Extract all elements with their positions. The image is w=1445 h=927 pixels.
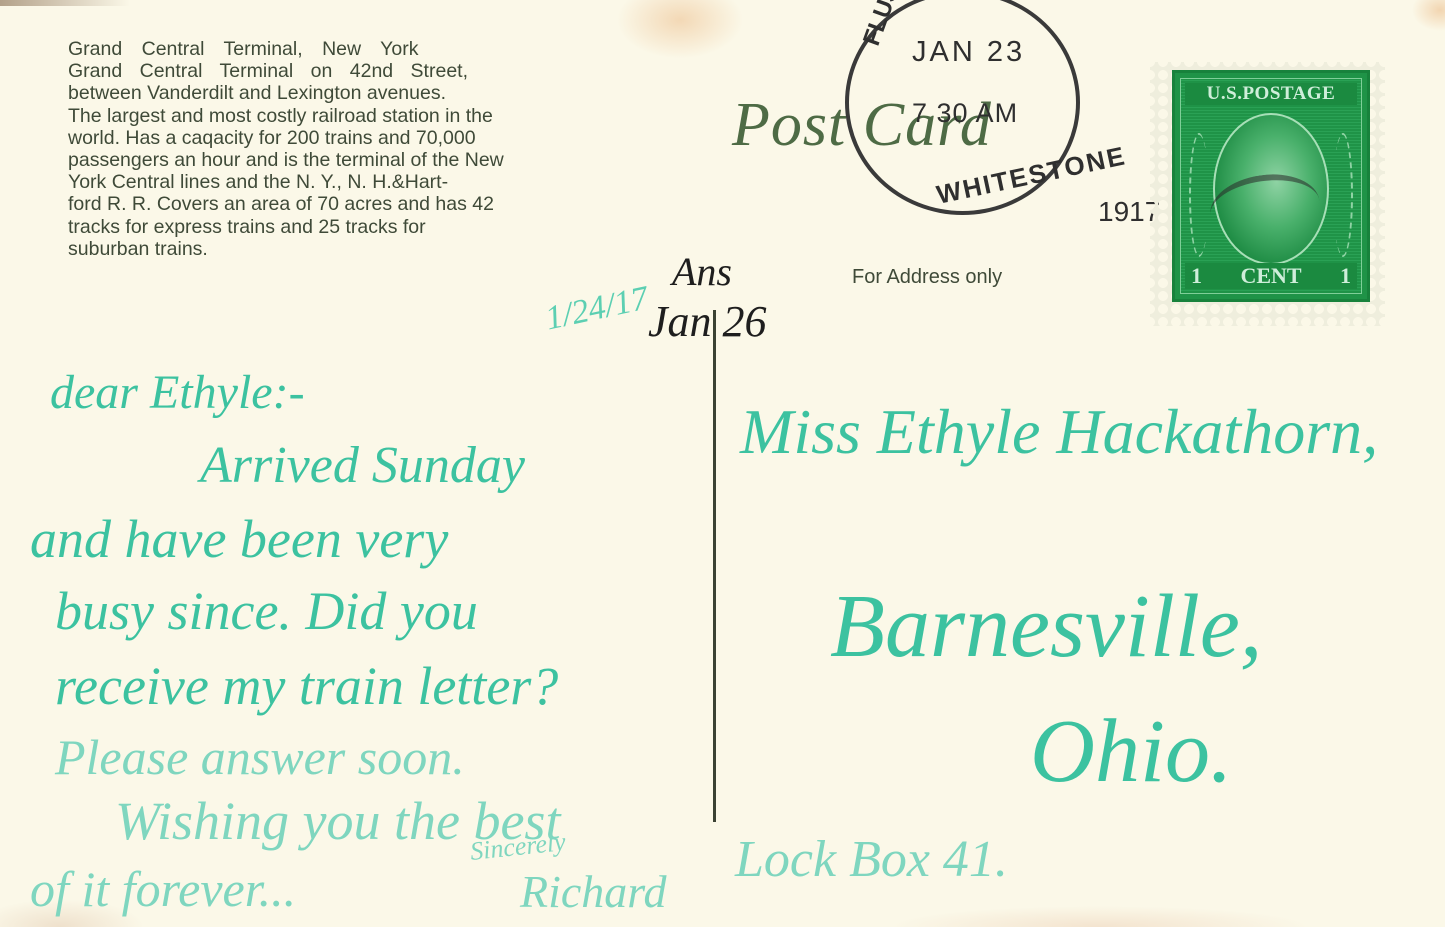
message-line: busy since. Did you [55, 580, 478, 642]
message-line: Arrived Sunday [200, 436, 525, 495]
recipient-box: Lock Box 41. [735, 830, 1008, 889]
description-line: The largest and most costly railroad sta… [68, 105, 678, 127]
denomination-left: 1 [1191, 263, 1202, 289]
stamp-denomination: 1 CENT 1 [1185, 263, 1357, 289]
worn-edge [0, 0, 130, 6]
center-divider [713, 310, 716, 822]
message-line: receive my train letter? [55, 655, 558, 717]
message-line: of it forever... [30, 860, 296, 918]
denomination-right: 1 [1340, 263, 1351, 289]
printed-description: Grand Central Terminal, New York Grand C… [68, 38, 678, 260]
received-date-note: 1/24/17 [542, 280, 652, 339]
description-line: York Central lines and the N. Y., N. H.&… [68, 171, 678, 193]
recipient-city: Barnesville, [830, 575, 1262, 678]
message-signature: Richard [520, 865, 667, 918]
message-line: and have been very [30, 508, 448, 570]
description-line: ford R. R. Covers an area of 70 acres an… [68, 193, 678, 215]
message-line: Please answer soon. [55, 728, 465, 786]
answered-label: Ans [672, 248, 732, 295]
postmark-time: 7 30 AM [912, 98, 1018, 129]
description-line: Grand Central Terminal, New York [68, 38, 678, 60]
address-label: For Address only [852, 266, 1002, 289]
description-line: suburban trains. [68, 238, 678, 260]
stamp-header: U.S.POSTAGE [1185, 83, 1357, 105]
postmark-date: JAN 23 [912, 36, 1025, 69]
message-line: dear Ethyle:- [50, 365, 305, 420]
laurel-left-icon [1189, 133, 1209, 257]
description-line: tracks for express trains and 25 tracks … [68, 216, 678, 238]
denomination-text: CENT [1240, 263, 1301, 289]
answered-date: Jan 26 [648, 296, 767, 347]
postcard-back: Grand Central Terminal, New York Grand C… [0, 0, 1445, 927]
description-line: passengers an hour and is the terminal o… [68, 149, 678, 171]
laurel-right-icon [1333, 133, 1353, 257]
description-line: between Vanderdilt and Lexington avenues… [68, 82, 678, 104]
description-line: Grand Central Terminal on 42nd Street, [68, 60, 678, 82]
recipient-state: Ohio. [1030, 700, 1233, 803]
recipient-name: Miss Ethyle Hackathorn, [740, 395, 1378, 469]
description-line: world. Has a caqacity for 200 trains and… [68, 127, 678, 149]
